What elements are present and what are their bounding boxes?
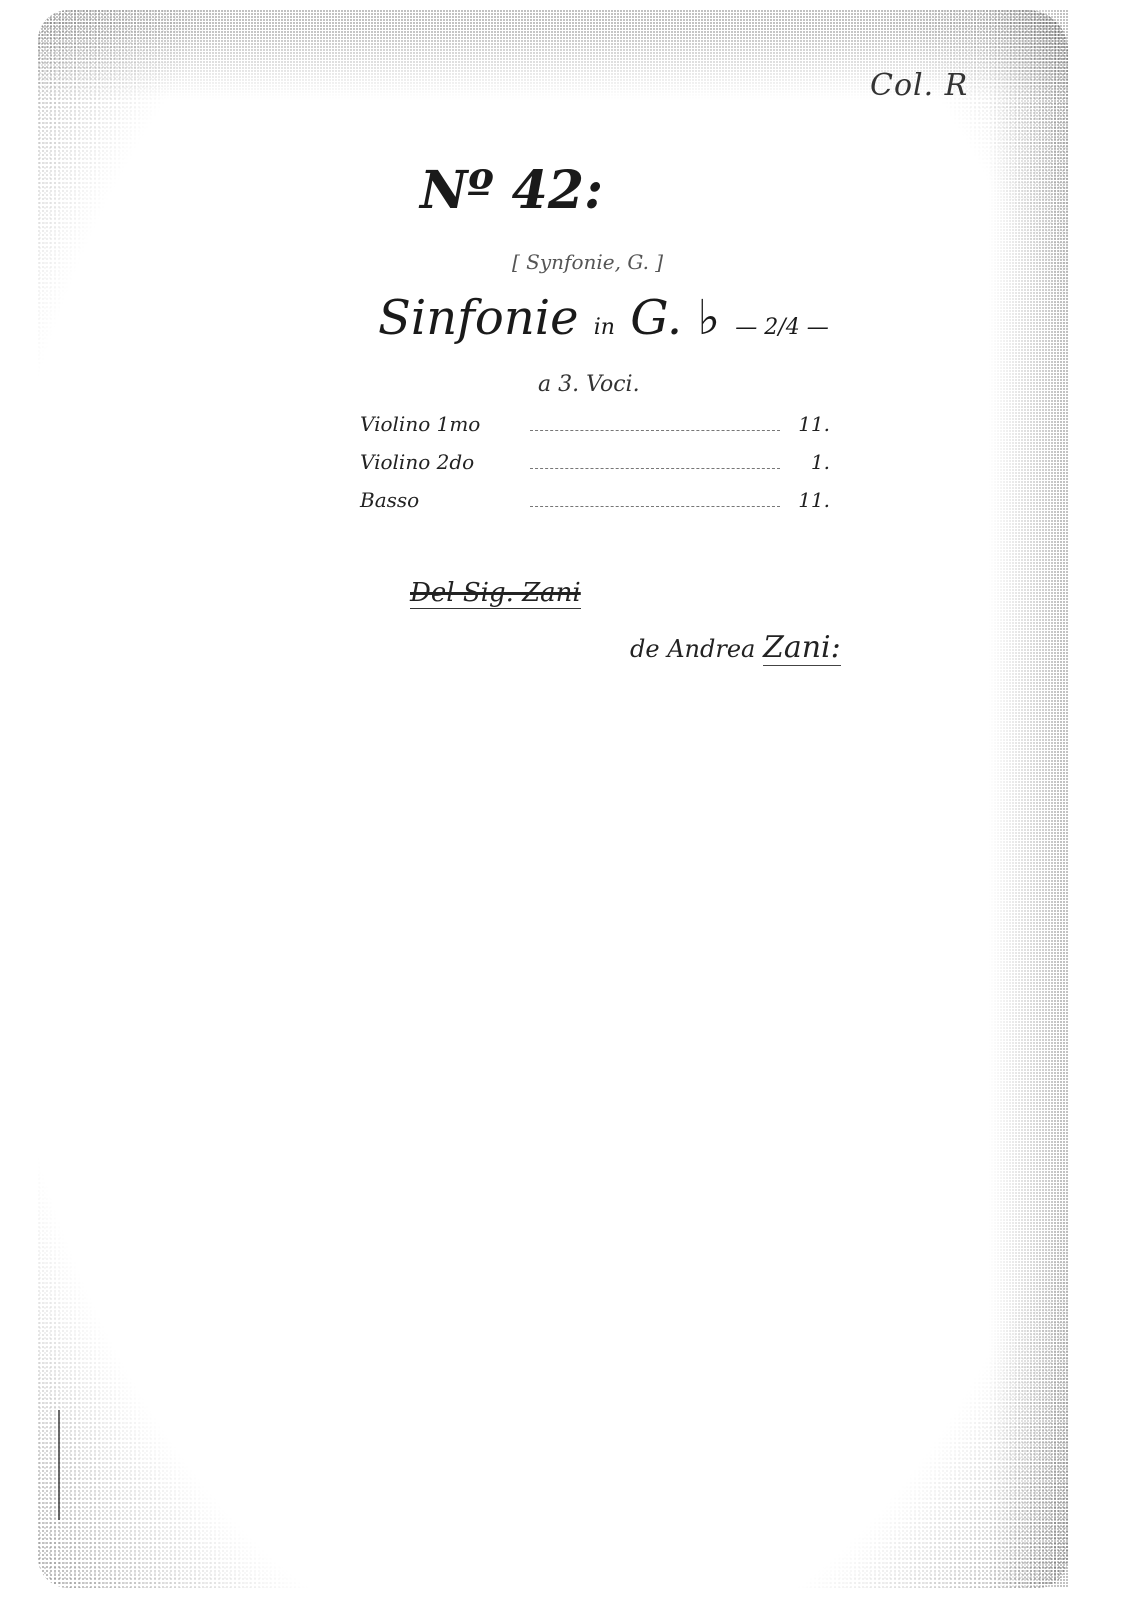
paper-right-edge: [988, 10, 1068, 1588]
catalogue-number: Nº 42:: [420, 160, 603, 221]
part-name: Basso: [360, 488, 530, 512]
title-main: Sinfonie: [378, 290, 578, 346]
part-count: 1.: [790, 450, 830, 474]
work-title: Sinfonie in G. ♭ — 2/4 —: [378, 290, 829, 346]
part-row: Violino 2do 1.: [360, 450, 830, 488]
part-row: Basso 11.: [360, 488, 830, 526]
manuscript-page: [38, 10, 1068, 1588]
composer-prefix: de Andrea: [630, 635, 755, 663]
bracket-annotation: [ Synfonie, G. ]: [512, 250, 663, 274]
leader-line: [530, 505, 780, 507]
part-name: Violino 2do: [360, 450, 530, 474]
shelfmark: Col. R: [870, 68, 968, 103]
parts-list: Violino 1mo 11. Violino 2do 1. Basso 11.: [360, 412, 830, 526]
composer-attribution: de Andrea Zani:: [630, 630, 841, 665]
paper-edge-texture: [38, 10, 1068, 1588]
part-count: 11.: [790, 488, 830, 512]
title-meter: — 2/4 —: [735, 315, 828, 340]
leader-line: [530, 429, 780, 431]
voices-note: a 3. Voci.: [538, 372, 640, 397]
part-name: Violino 1mo: [360, 412, 530, 436]
leader-line: [530, 467, 780, 469]
binding-mark: [58, 1410, 60, 1520]
title-key: G. ♭: [630, 290, 720, 346]
struck-attribution: Del Sig. Zani: [410, 578, 581, 609]
part-row: Violino 1mo 11.: [360, 412, 830, 450]
title-in: in: [594, 315, 615, 340]
part-count: 11.: [790, 412, 830, 436]
composer-surname: Zani:: [763, 630, 841, 666]
